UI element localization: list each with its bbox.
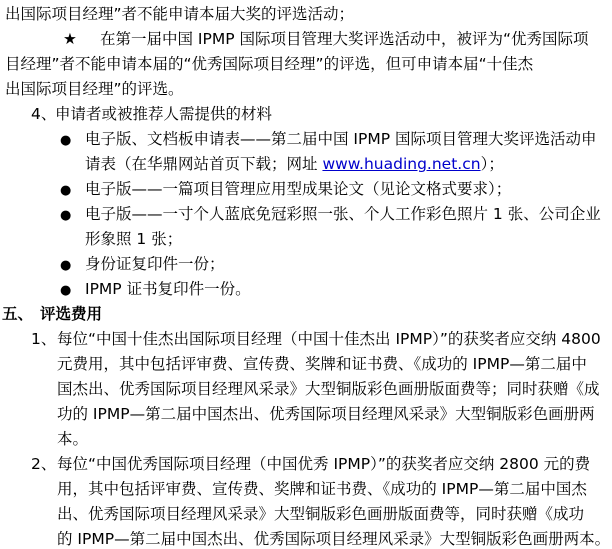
bullet-item-id-copy: ●身份证复印件一份；: [0, 252, 612, 277]
line-text: IPMP 证书复印件一份。: [85, 280, 251, 298]
bullet-item-thesis: ●电子版——一篇项目管理应用型成果论文（见论文格式要求）；: [0, 177, 612, 202]
bullet-icon: ●: [60, 178, 85, 203]
item-number: 1、: [31, 327, 57, 352]
section-heading-fees: 五、评选费用: [0, 302, 612, 327]
line-text: 每位“中国优秀国际项目经理（中国优秀 IPMP）”的获奖者应交纳 2800 元的…: [57, 455, 590, 473]
line-text: 形象照 1 张；: [85, 230, 182, 248]
line-text: 本。: [57, 430, 88, 448]
fee-item-2-continuation: 用，其中包括评审费、宣传费、奖牌和证书费、《成功的 IPMP—第二届中国杰: [0, 477, 612, 502]
bullet-item-continuation: 请表（在华鼎网站首页下载；网址 www.huading.net.cn）；: [0, 152, 612, 177]
line-text: 电子版——一篇项目管理应用型成果论文（见论文格式要求）；: [85, 180, 511, 198]
item-number: 2、: [31, 452, 57, 477]
line-text: 申请者或被推荐人需提供的材料: [55, 105, 272, 123]
line-text: 功的 IPMP—第二届中国杰出、优秀国际项目经理风采录》大型铜版彩色画册两: [57, 405, 595, 423]
line-text: 目经理”者不能申请本届的“优秀国际项目经理”的评选，但可申请本届“十佳杰: [5, 55, 533, 73]
fee-item-2-continuation: 出、优秀国际项目经理风采录》大型铜版彩色画册版面费等，同时获赠《成功: [0, 502, 612, 527]
line-text: 电子版、文档板申请表——第二届中国 IPMP 国际项目管理大奖评选活动申: [85, 130, 597, 148]
numbered-item-4: 4、申请者或被推荐人需提供的材料: [0, 102, 612, 127]
document-page: 出国际项目经理”者不能申请本届大奖的评选活动； ★在第一届中国 IPMP 国际项…: [0, 0, 612, 549]
line-text: 身份证复印件一份；: [85, 255, 225, 273]
star-note-line: ★在第一届中国 IPMP 国际项目管理大奖评选活动中，被评为“优秀国际项: [0, 27, 612, 52]
section-title: 评选费用: [40, 305, 102, 323]
line-text: 用，其中包括评审费、宣传费、奖牌和证书费、《成功的 IPMP—第二届中国杰: [57, 480, 587, 498]
line-text: 出国际项目经理”的评选。: [5, 80, 184, 98]
section-number: 五、: [2, 302, 40, 327]
fee-item-1: 1、每位“中国十佳杰出国际项目经理（中国十佳杰出 IPMP）”的获奖者应交纳 4…: [0, 327, 612, 352]
line-text: 出国际项目经理”者不能申请本届大奖的评选活动；: [5, 5, 354, 23]
continuation-text-line: 出国际项目经理”者不能申请本届大奖的评选活动；: [0, 2, 612, 27]
bullet-icon: ●: [60, 278, 85, 303]
item-number: 4、: [31, 102, 55, 127]
bullet-icon: ●: [60, 253, 85, 278]
line-text: 国杰出、优秀国际项目经理风采录》大型铜版彩色画册版面费等；同时获赠《成: [57, 380, 600, 398]
line-text: 元费用，其中包括评审费、宣传费、奖牌和证书费、《成功的 IPMP—第二届中: [57, 355, 587, 373]
line-text: ）；: [481, 155, 504, 173]
bullet-item-photos: ●电子版——一寸个人蓝底免冠彩照一张、个人工作彩色照片 1 张、公司企业: [0, 202, 612, 227]
bullet-item-application-form: ●电子版、文档板申请表——第二届中国 IPMP 国际项目管理大奖评选活动申: [0, 127, 612, 152]
line-text: 的 IPMP—第二届中国杰出、优秀国际项目经理风采录》大型铜版彩色画册两本。: [57, 530, 610, 548]
line-text: 每位“中国十佳杰出国际项目经理（中国十佳杰出 IPMP）”的获奖者应交纳 480…: [57, 330, 601, 348]
huading-website-link[interactable]: www.huading.net.cn: [322, 155, 480, 173]
bullet-icon: ●: [60, 203, 85, 228]
bullet-item-certificate-copy: ●IPMP 证书复印件一份。: [0, 277, 612, 302]
star-note-continuation: 出国际项目经理”的评选。: [0, 77, 612, 102]
fee-item-1-continuation: 本。: [0, 427, 612, 452]
star-icon: ★: [63, 27, 100, 52]
fee-item-1-continuation: 元费用，其中包括评审费、宣传费、奖牌和证书费、《成功的 IPMP—第二届中: [0, 352, 612, 377]
line-text: 电子版——一寸个人蓝底免冠彩照一张、个人工作彩色照片 1 张、公司企业: [85, 205, 601, 223]
line-text: 出、优秀国际项目经理风采录》大型铜版彩色画册版面费等，同时获赠《成功: [57, 505, 584, 523]
line-text: 请表（在华鼎网站首页下载；网址: [85, 155, 322, 173]
fee-item-1-continuation: 功的 IPMP—第二届中国杰出、优秀国际项目经理风采录》大型铜版彩色画册两: [0, 402, 612, 427]
fee-item-2-continuation: 的 IPMP—第二届中国杰出、优秀国际项目经理风采录》大型铜版彩色画册两本。: [0, 527, 612, 549]
bullet-item-continuation: 形象照 1 张；: [0, 227, 612, 252]
line-text: 在第一届中国 IPMP 国际项目管理大奖评选活动中，被评为“优秀国际项: [100, 30, 589, 48]
star-note-continuation: 目经理”者不能申请本届的“优秀国际项目经理”的评选，但可申请本届“十佳杰: [0, 52, 612, 77]
fee-item-2: 2、每位“中国优秀国际项目经理（中国优秀 IPMP）”的获奖者应交纳 2800 …: [0, 452, 612, 477]
bullet-icon: ●: [60, 128, 85, 153]
fee-item-1-continuation: 国杰出、优秀国际项目经理风采录》大型铜版彩色画册版面费等；同时获赠《成: [0, 377, 612, 402]
